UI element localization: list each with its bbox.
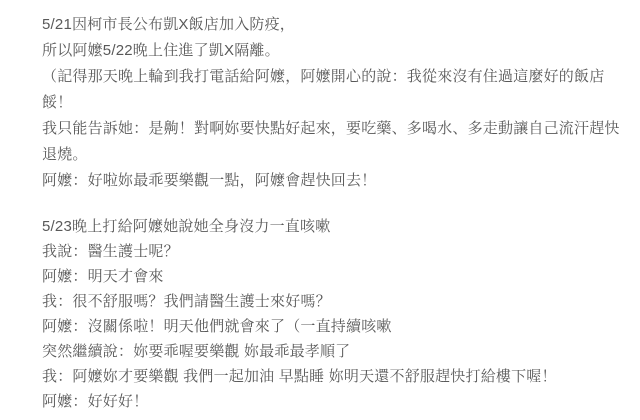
text-line: 5/23晚上打給阿嬤她說她全身沒力一直咳嗽 — [42, 214, 622, 239]
text-line: 阿嬤：好好好！ — [42, 389, 622, 414]
post-body: 5/21因柯市長公布凱X飯店加入防疫， 所以阿嬤5/22晚上住進了凱X隔離。 （… — [0, 0, 640, 414]
text-line: 5/21因柯市長公布凱X飯店加入防疫， — [42, 12, 622, 38]
text-line: 我：很不舒服嗎？我們請醫生護士來好嗎？ — [42, 289, 622, 314]
text-line: 突然繼續說：妳要乖喔要樂觀 妳最乖最孝順了 — [42, 339, 622, 364]
text-line: 我說：醫生護士呢？ — [42, 239, 622, 264]
text-line: 我只能告訴她：是齁！對啊妳要快點好起來，要吃藥、多喝水、多走動讓自己流汗趕快 — [42, 116, 622, 142]
text-line: 餒！ — [42, 90, 622, 116]
text-line: 退燒。 — [42, 142, 622, 168]
post-paragraph-1: 5/21因柯市長公布凱X飯店加入防疫， 所以阿嬤5/22晚上住進了凱X隔離。 （… — [42, 12, 622, 194]
text-line: （記得那天晚上輪到我打電話給阿嬤，阿嬤開心的說：我從來沒有住過這麼好的飯店 — [42, 64, 622, 90]
text-line: 所以阿嬤5/22晚上住進了凱X隔離。 — [42, 38, 622, 64]
text-line: 阿嬤：明天才會來 — [42, 264, 622, 289]
text-line: 阿嬤：好啦妳最乖要樂觀一點，阿嬤會趕快回去！ — [42, 168, 622, 194]
text-line: 阿嬤：沒關係啦！明天他們就會來了（一直持續咳嗽 — [42, 314, 622, 339]
post-paragraph-2: 5/23晚上打給阿嬤她說她全身沒力一直咳嗽 我說：醫生護士呢？ 阿嬤：明天才會來… — [42, 214, 622, 414]
text-line: 我：阿嬤妳才要樂觀 我們一起加油 早點睡 妳明天還不舒服趕快打給樓下喔！ — [42, 364, 622, 389]
